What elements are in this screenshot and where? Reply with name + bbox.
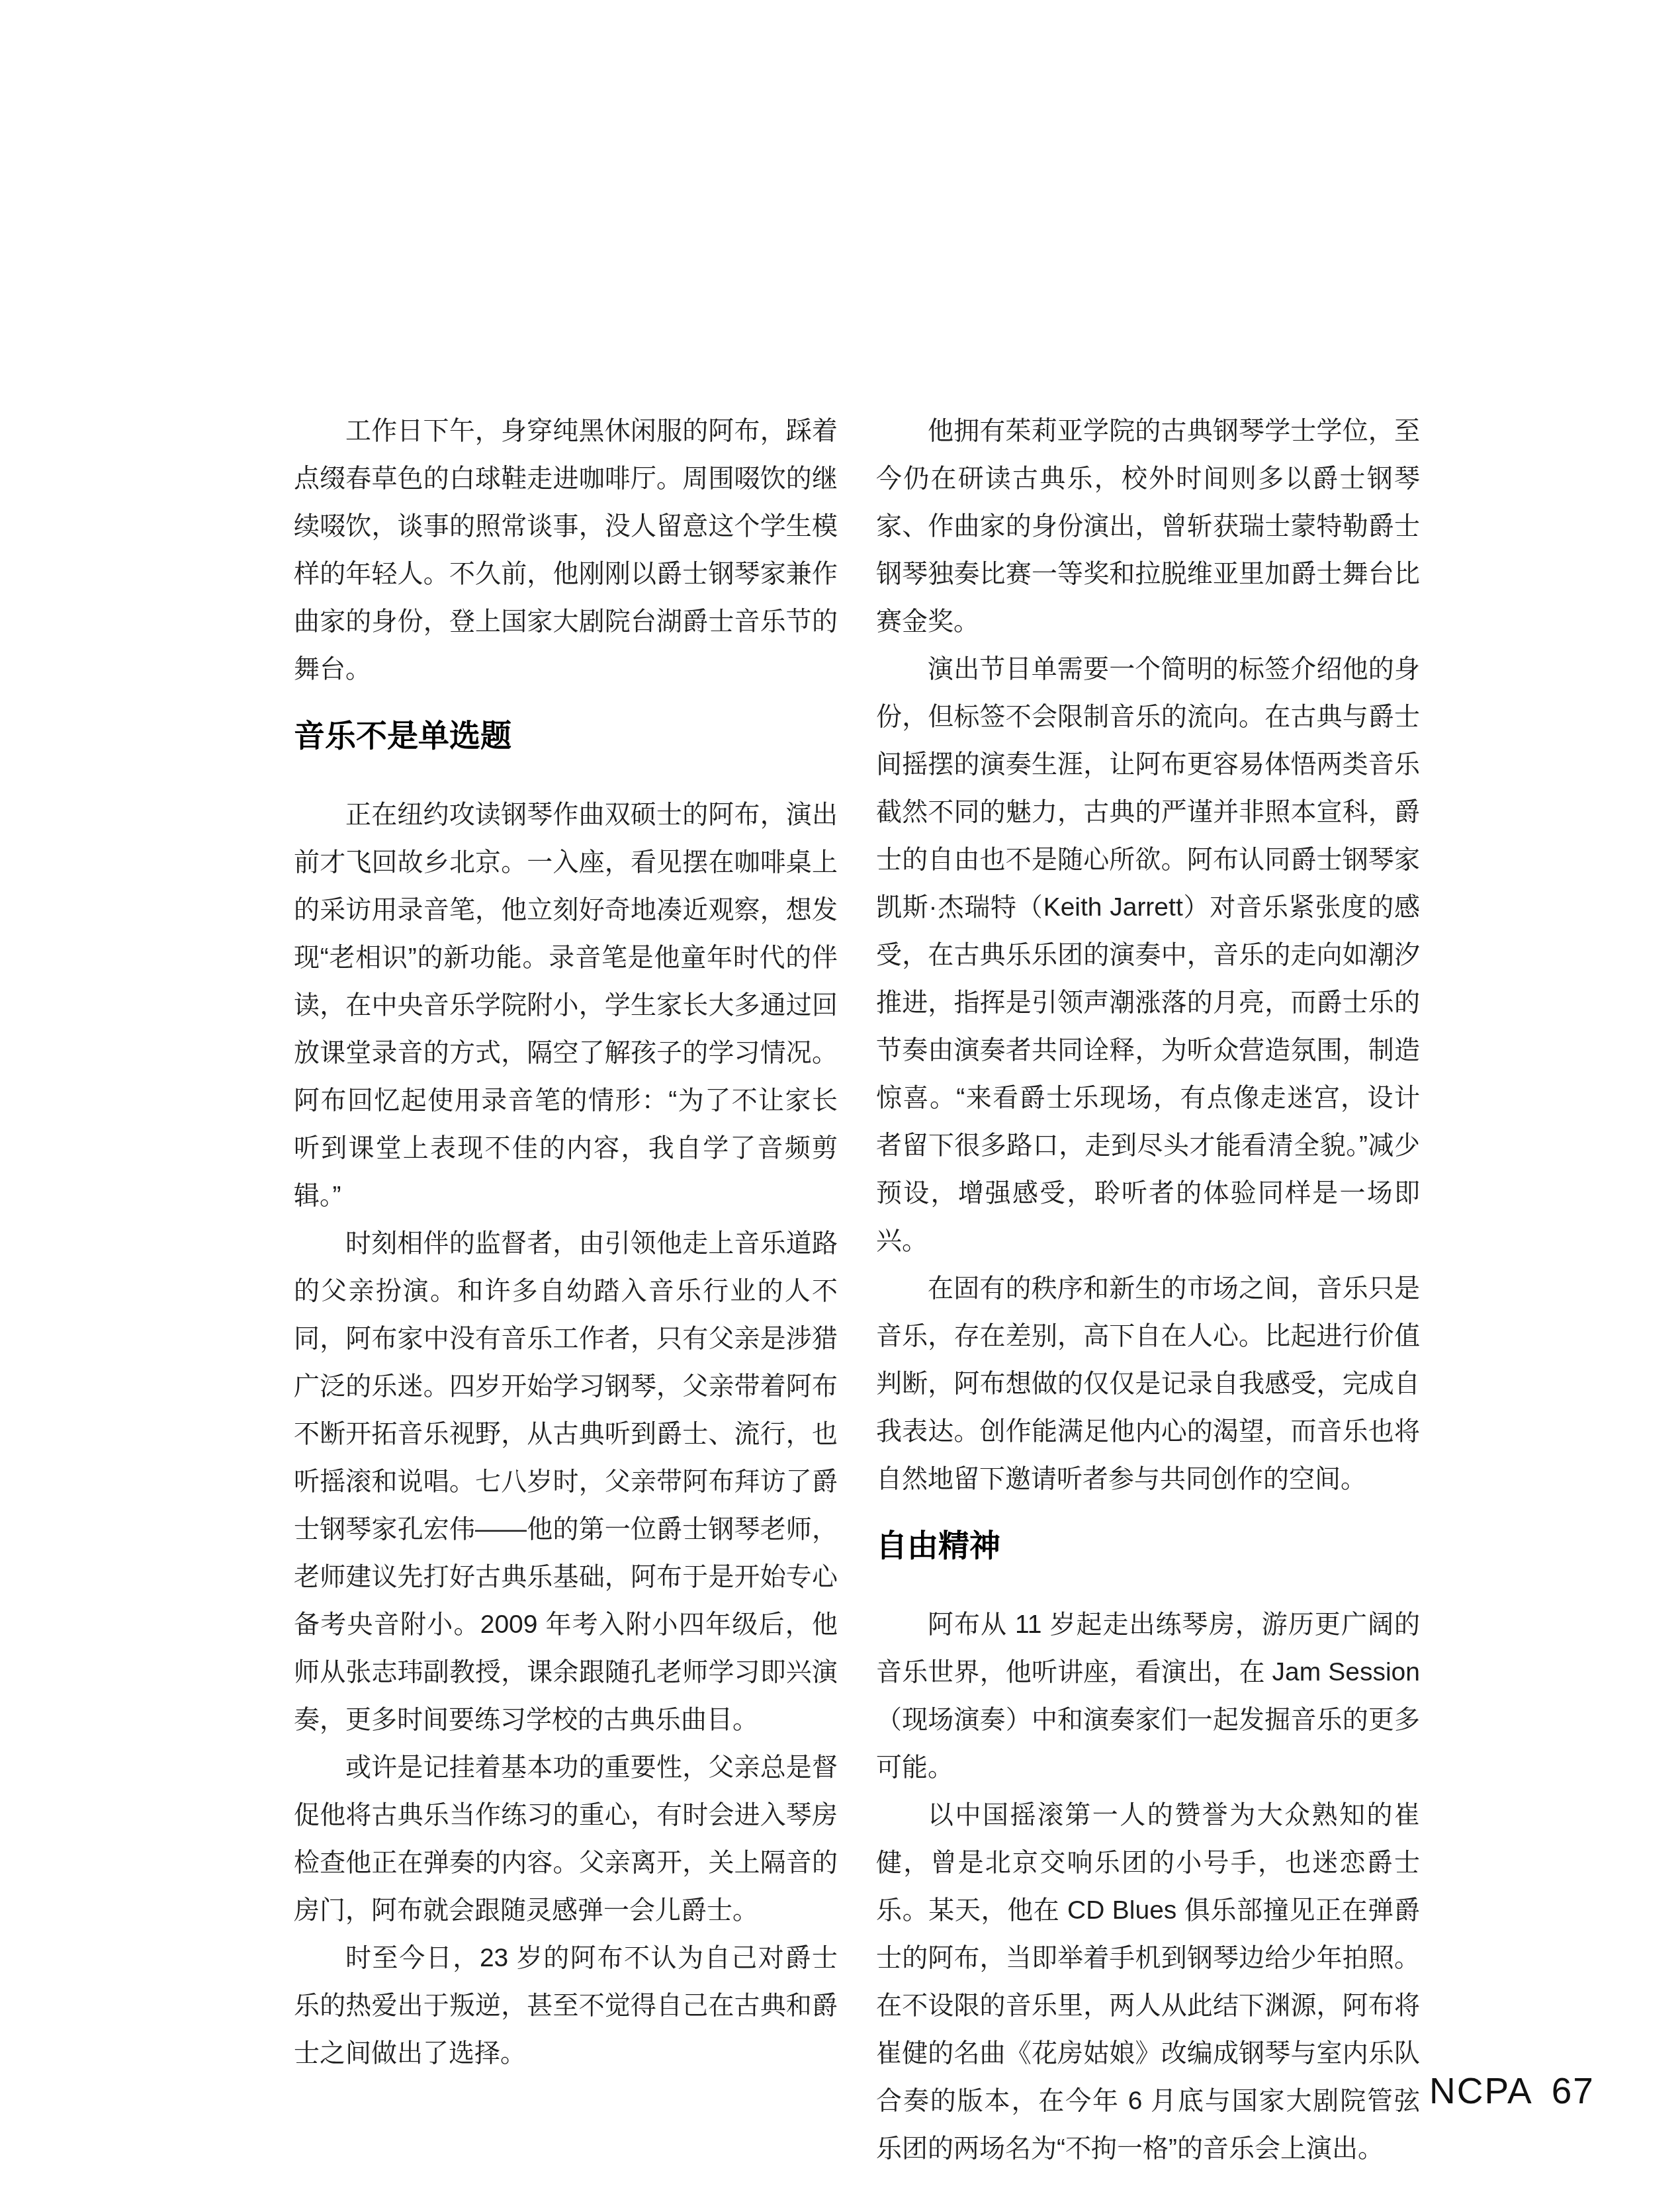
body-paragraph: 或许是记挂着基本功的重要性，父亲总是督促他将古典乐当作练习的重心，有时会进入琴房… (294, 1744, 838, 1935)
section-heading: 自由精神 (876, 1524, 1420, 1567)
magazine-page: 工作日下午，身穿纯黑休闲服的阿布，踩着点缀春草色的白球鞋走进咖啡厅。周围啜饮的继… (0, 0, 1680, 2188)
section-heading: 音乐不是单选题 (294, 715, 838, 757)
footer-brand-label: NCPA (1429, 2070, 1533, 2111)
article-left-column: 工作日下午，身穿纯黑休闲服的阿布，踩着点缀春草色的白球鞋走进咖啡厅。周围啜饮的继… (294, 408, 838, 2078)
body-paragraph: 他拥有茱莉亚学院的古典钢琴学士学位，至今仍在研读古典乐，校外时间则多以爵士钢琴家… (876, 408, 1420, 646)
body-paragraph: 工作日下午，身穿纯黑休闲服的阿布，踩着点缀春草色的白球鞋走进咖啡厅。周围啜饮的继… (294, 408, 838, 693)
page-footer: NCPA67 (1429, 2071, 1595, 2111)
body-paragraph: 以中国摇滚第一人的赞誉为大众熟知的崔健，曾是北京交响乐团的小号手，也迷恋爵士乐。… (876, 1792, 1420, 2173)
body-paragraph: 演出节目单需要一个简明的标签介绍他的身份，但标签不会限制音乐的流向。在古典与爵士… (876, 646, 1420, 1265)
body-paragraph: 时至今日，23 岁的阿布不认为自己对爵士乐的热爱出于叛逆，甚至不觉得自己在古典和… (294, 1935, 838, 2078)
body-paragraph: 时刻相伴的监督者，由引领他走上音乐道路的父亲扮演。和许多自幼踏入音乐行业的人不同… (294, 1220, 838, 1744)
article-right-column: 他拥有茱莉亚学院的古典钢琴学士学位，至今仍在研读古典乐，校外时间则多以爵士钢琴家… (876, 408, 1420, 2173)
body-paragraph: 在固有的秩序和新生的市场之间，音乐只是音乐，存在差别，高下自在人心。比起进行价值… (876, 1265, 1420, 1503)
page-number: 67 (1552, 2070, 1595, 2111)
body-paragraph: 阿布从 11 岁起走出练琴房，游历更广阔的音乐世界，他听讲座，看演出，在 Jam… (876, 1601, 1420, 1792)
body-paragraph: 正在纽约攻读钢琴作曲双硕士的阿布，演出前才飞回故乡北京。一入座，看见摆在咖啡桌上… (294, 791, 838, 1220)
